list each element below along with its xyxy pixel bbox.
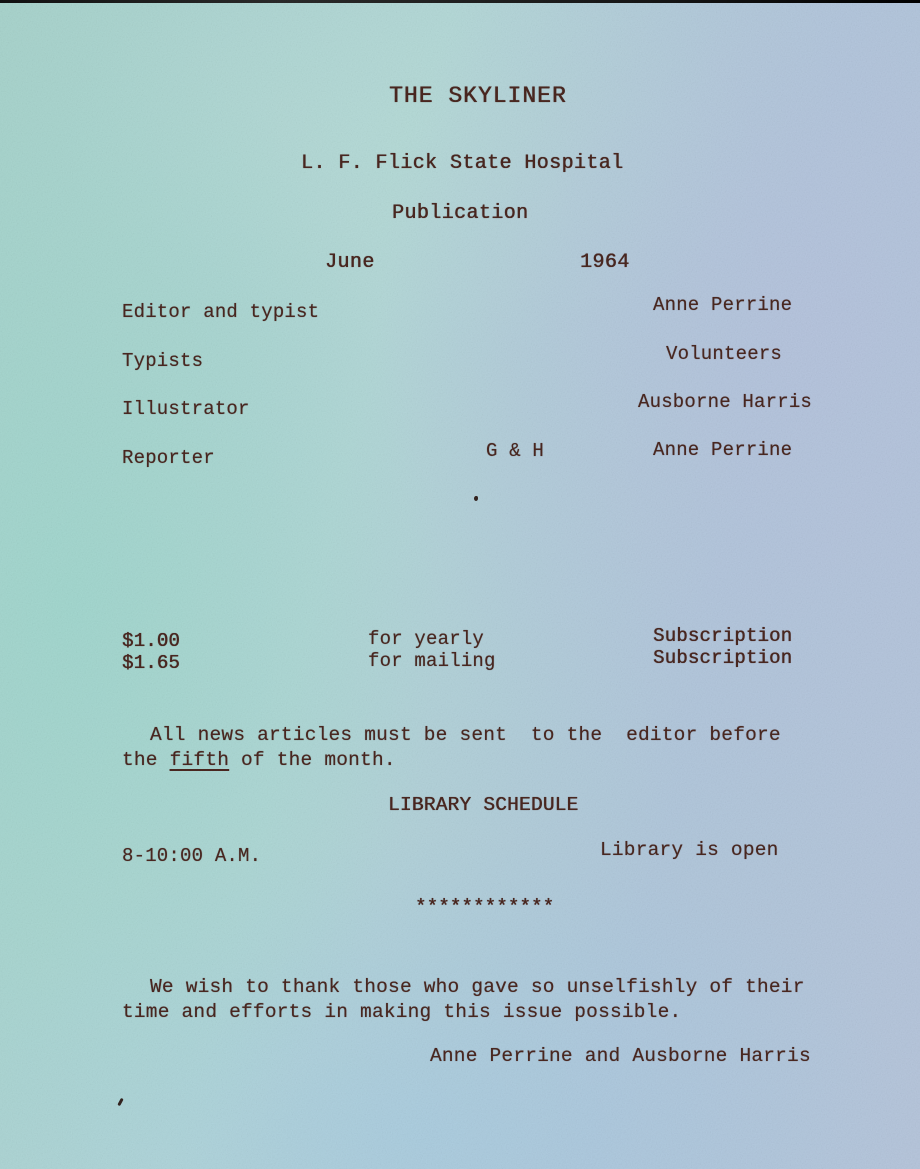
subscription-term: for mailing — [368, 651, 496, 672]
deadline-notice-line2: the fifth of the month. — [122, 750, 396, 771]
subscription-price: $1.00 — [122, 631, 180, 652]
staff-role: Typists — [122, 351, 203, 372]
signature-line: Anne Perrine and Ausborne Harris — [430, 1046, 811, 1067]
staff-role: Reporter — [122, 448, 215, 469]
library-schedule-heading: LIBRARY SCHEDULE — [388, 795, 578, 816]
ink-speck — [474, 496, 478, 501]
publication-label: Publication — [392, 203, 528, 225]
asterisk-divider: ************ — [415, 897, 554, 918]
staff-credit: G & H — [486, 441, 544, 462]
staff-role: Illustrator — [122, 399, 250, 420]
scan-edge-shadow — [0, 0, 920, 3]
scanned-newsletter-page: THE SKYLINER L. F. Flick State Hospital … — [0, 0, 920, 1169]
thanks-line2: time and efforts in making this issue po… — [122, 1002, 681, 1023]
library-hours: 8-10:00 A.M. — [122, 846, 261, 867]
subscription-label: Subscription — [653, 626, 792, 647]
newsletter-title: THE SKYLINER — [389, 84, 567, 109]
staff-name: Anne Perrine — [653, 295, 792, 316]
issue-month: June — [325, 252, 375, 274]
organization-name: L. F. Flick State Hospital — [301, 153, 623, 175]
thanks-line1: We wish to thank those who gave so unsel… — [150, 977, 805, 998]
library-status: Library is open — [600, 840, 779, 861]
staff-name: Volunteers — [666, 344, 782, 365]
subscription-term: for yearly — [368, 629, 484, 650]
notice-text-post: of the month. — [229, 749, 396, 771]
staff-name: Anne Perrine — [653, 440, 792, 461]
notice-underlined-word: fifth — [170, 749, 230, 771]
issue-year: 1964 — [580, 252, 630, 274]
staff-role: Editor and typist — [122, 302, 319, 323]
ink-speck — [117, 1098, 123, 1106]
subscription-label: Subscription — [653, 648, 792, 669]
subscription-price: $1.65 — [122, 653, 180, 674]
deadline-notice-line1: All news articles must be sent to the ed… — [150, 725, 781, 746]
staff-name: Ausborne Harris — [638, 392, 812, 413]
notice-text-pre: the — [122, 749, 170, 771]
